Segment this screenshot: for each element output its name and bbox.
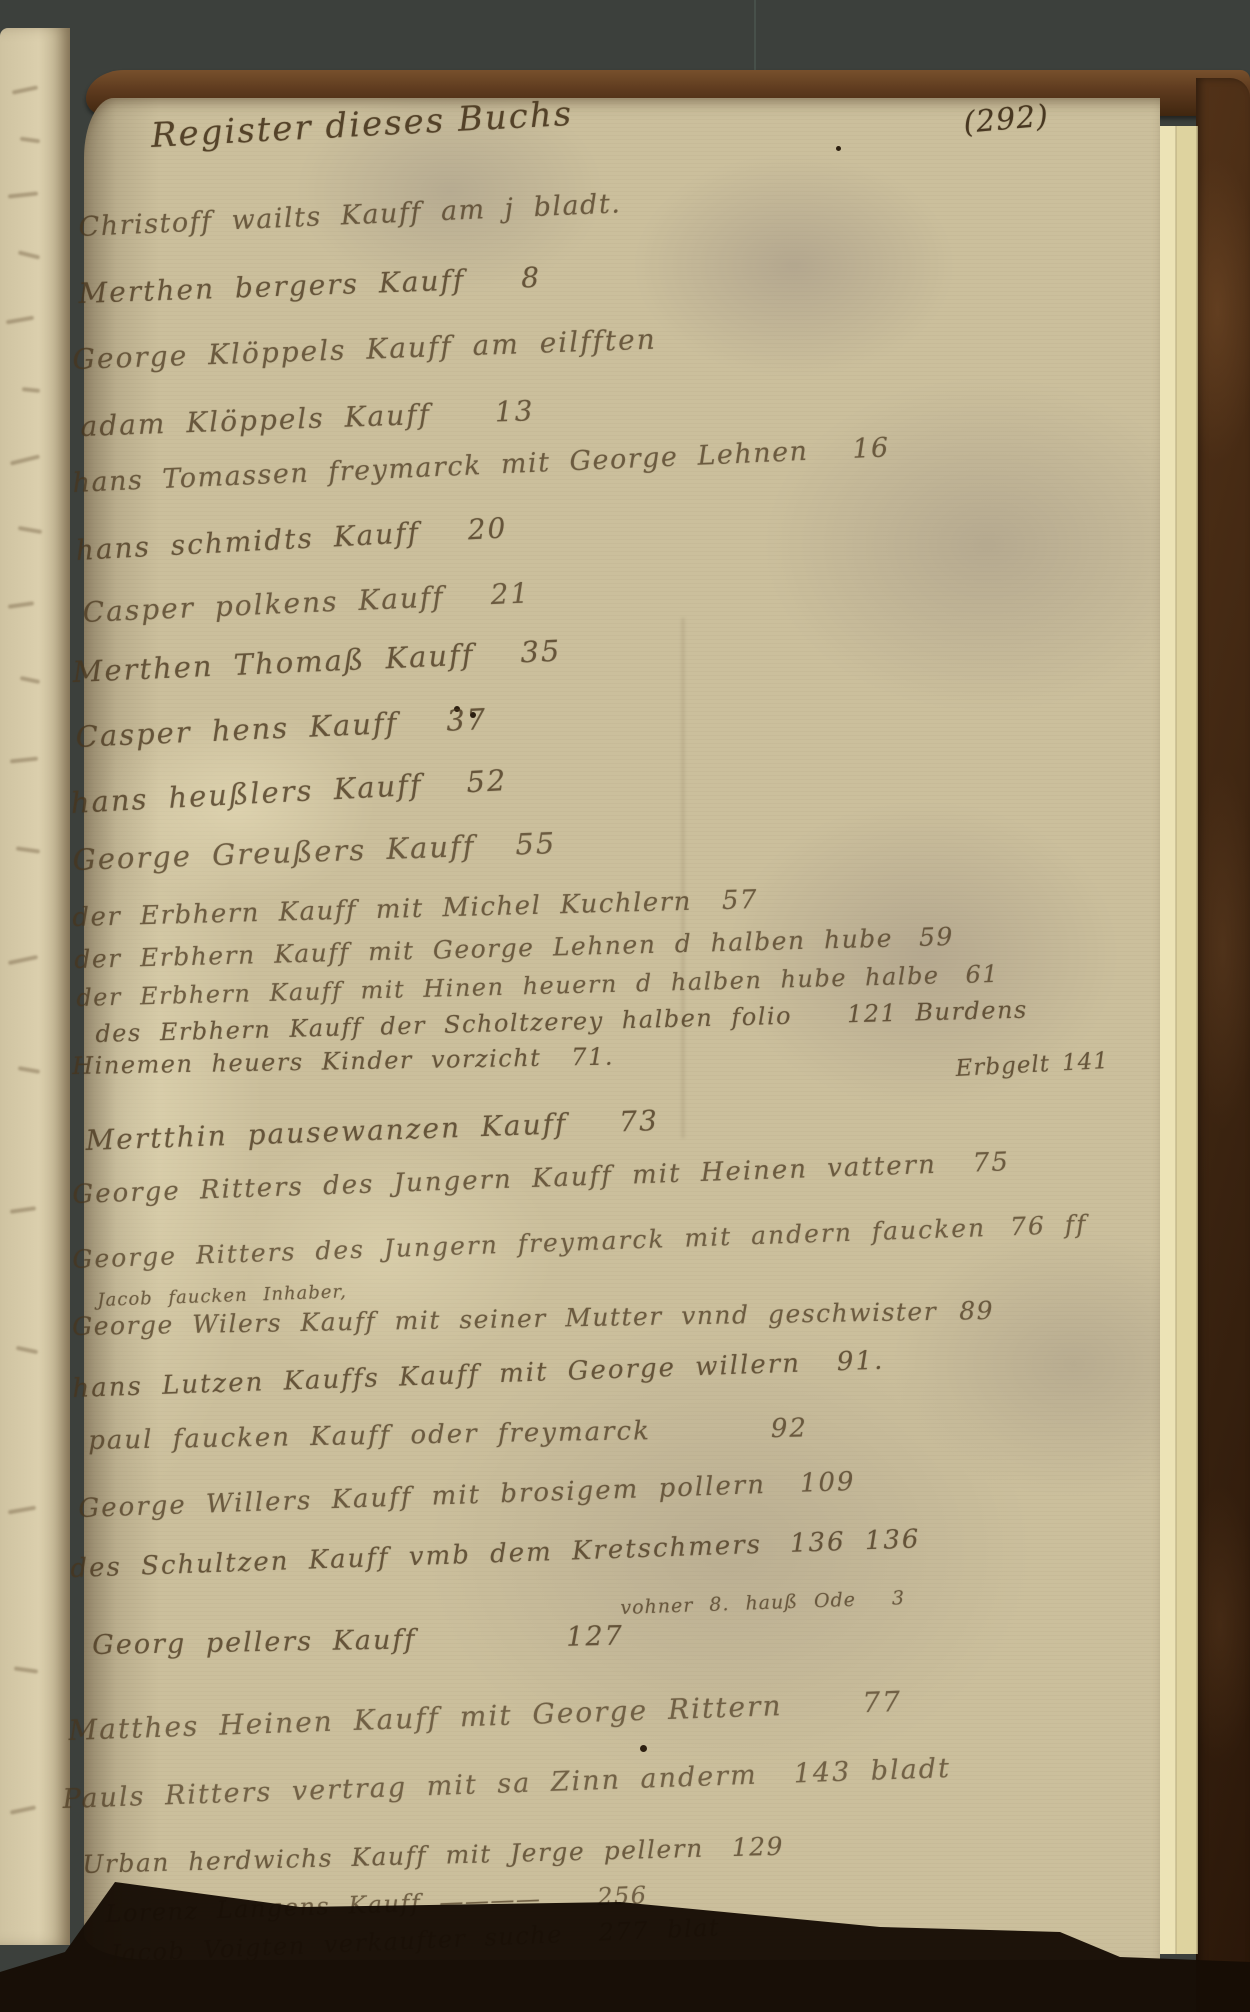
entry-folio-number: 136 136 [789, 1524, 920, 1559]
entry-folio-number: 76 ff [1010, 1210, 1088, 1242]
entry-text: Georg pellers Kauff [92, 1624, 417, 1661]
bleed-through-mark [10, 757, 38, 764]
bleed-through-mark [14, 1666, 38, 1673]
entry-folio-number: 141 [1061, 1048, 1109, 1076]
entry-folio-number: 77 [862, 1685, 903, 1719]
bleed-through-mark [8, 955, 38, 965]
bleed-through-mark [16, 846, 40, 853]
ink-dot [836, 146, 841, 151]
entry-text: Erbgelt [955, 1051, 1051, 1082]
entry-folio-number: 109 [799, 1467, 856, 1499]
bleed-through-mark [20, 676, 40, 684]
bleed-through-mark [10, 1805, 36, 1814]
manuscript-scan: Register dieses Buchs (292) Christoff wa… [0, 0, 1250, 2012]
bleed-through-mark [8, 601, 34, 609]
leather-cover-right [1196, 78, 1250, 2012]
entry-folio-number: 52 [466, 763, 509, 799]
entry-folio-number: 73 [619, 1104, 660, 1138]
entry-folio-number: 20 [467, 511, 508, 546]
page-crease [682, 618, 684, 1138]
entry-folio-number: 71. [571, 1043, 614, 1072]
bleed-through-mark [18, 1066, 40, 1074]
entry-folio-number: 57 [721, 885, 758, 916]
bleed-through-mark [22, 387, 40, 393]
bleed-through-mark [18, 526, 42, 534]
entry-folio-number: 121 Burdens [847, 996, 1029, 1029]
bleed-through-mark [16, 1346, 38, 1354]
entry-folio-number: 3 [892, 1587, 906, 1609]
entry-folio-number: 89 [959, 1296, 994, 1326]
bleed-through-mark [8, 1506, 36, 1515]
entry-folio-number: 75 [972, 1147, 1010, 1178]
bleed-through-mark [8, 191, 38, 198]
entry-folio-number: 127 [566, 1621, 624, 1653]
entry-folio-number: 91. [836, 1346, 884, 1378]
bleed-through-mark [10, 1206, 36, 1214]
entry-folio-number: 143 bladt [793, 1753, 951, 1789]
bleed-through-mark [10, 454, 40, 465]
bleed-through-mark [20, 137, 40, 144]
entry-folio-number: 59 [919, 922, 955, 952]
folio-number: (292) [962, 99, 1050, 141]
bleed-through-mark [12, 85, 38, 94]
entry-folio-number: 35 [520, 634, 562, 670]
previous-page-edges [0, 28, 70, 1945]
entry-folio-number: 61 [965, 960, 999, 989]
bleed-through-mark [18, 250, 40, 259]
entry-folio-number: 13 [494, 394, 535, 428]
entry-folio-number: 92 [771, 1413, 809, 1444]
entry-folio-number: 8 [521, 261, 542, 295]
entry-folio-number: 16 [852, 432, 891, 465]
entry-folio-number: 55 [515, 826, 557, 861]
page-bottom-shadow [0, 1852, 1250, 2012]
entry-folio-number: 37 [446, 702, 488, 738]
entry-folio-number: 21 [490, 576, 531, 611]
fore-edge-pages [1156, 126, 1198, 1954]
worm-hole [640, 1745, 647, 1752]
bleed-through-mark [6, 316, 34, 325]
